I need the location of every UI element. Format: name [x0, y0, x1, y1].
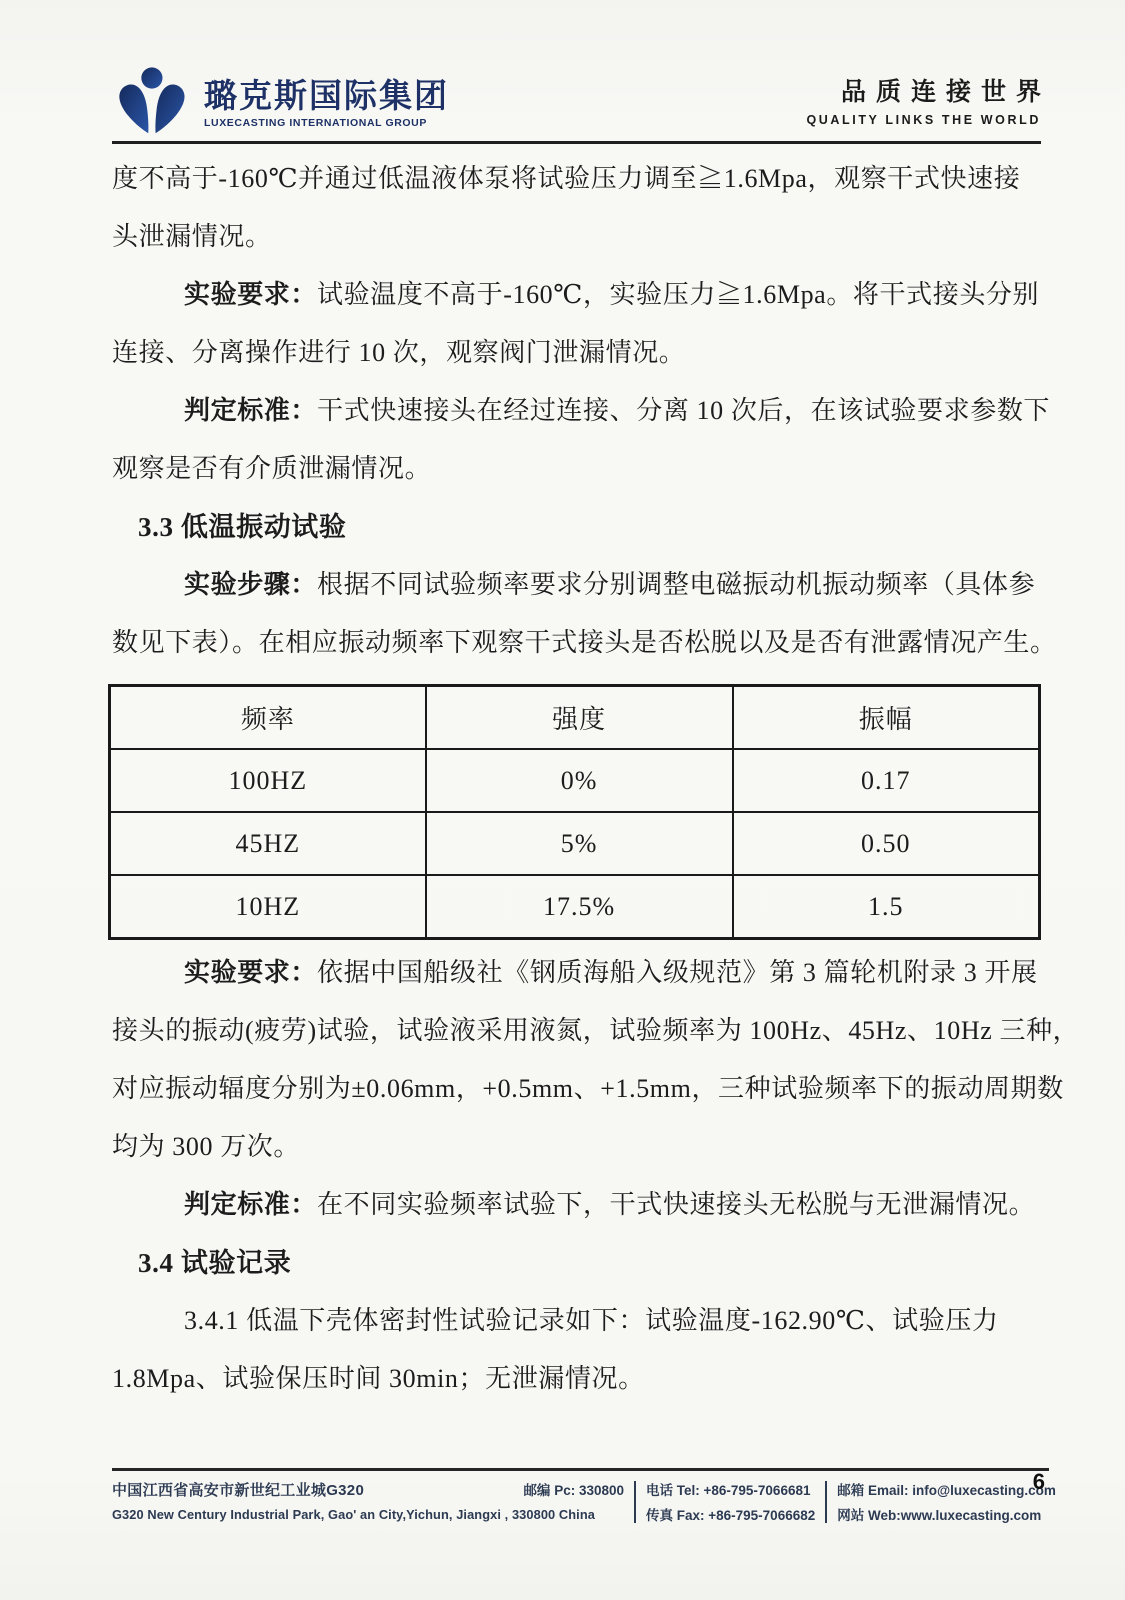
table-cell: 10HZ: [110, 875, 426, 939]
tagline-en: QUALITY LINKS THE WORLD: [806, 113, 1041, 127]
table-row: 10HZ17.5%1.5: [110, 875, 1040, 939]
bold-lead-label: 判定标准：: [184, 396, 317, 425]
header-divider: [112, 141, 1041, 144]
document-line: 判定标准：干式快速接头在经过连接、分离 10 次后，在该试验要求参数下: [112, 382, 1041, 440]
footer-address-cn: 中国江西省高安市新世纪工业城G320: [112, 1478, 364, 1503]
company-name-cn: 璐克斯国际集团: [204, 78, 449, 114]
page-number: 6: [1033, 1469, 1045, 1495]
table-cell: 100HZ: [110, 749, 426, 812]
document-line: 3.4.1 低温下壳体密封性试验记录如下：试验温度-162.90℃、试验压力: [112, 1292, 1041, 1350]
luxecasting-logo-icon: [112, 66, 190, 141]
document-line: 度不高于-160℃并通过低温液体泵将试验压力调至≧1.6Mpa，观察干式快速接: [112, 150, 1041, 208]
company-tagline: 品质连接世界 QUALITY LINKS THE WORLD: [806, 78, 1041, 127]
document-line: 数见下表）。在相应振动频率下观察干式接头是否松脱以及是否有泄露情况产生。: [112, 614, 1041, 672]
document-line: 头泄漏情况。: [112, 208, 1041, 266]
footer-postcode: 邮编 Pc: 330800: [523, 1478, 624, 1503]
footer-tel: 电话 Tel: +86-795-7066681: [646, 1478, 815, 1503]
bold-lead-label: 实验要求：: [184, 280, 317, 309]
footer-divider: [112, 1468, 1049, 1471]
document-body: 度不高于-160℃并通过低温液体泵将试验压力调至≧1.6Mpa，观察干式快速接头…: [112, 150, 1041, 1408]
document-line: 判定标准：在不同实验频率试验下，干式快速接头无松脱与无泄漏情况。: [112, 1176, 1041, 1234]
table-header-cell: 振幅: [733, 686, 1040, 750]
section-heading: 3.4 试验记录: [112, 1234, 1041, 1292]
table-header-cell: 频率: [110, 686, 426, 750]
footer-phone-block: 电话 Tel: +86-795-7066681 传真 Fax: +86-795-…: [646, 1478, 815, 1528]
table-cell: 0%: [426, 749, 733, 812]
table-cell: 0.17: [733, 749, 1040, 812]
document-line: 对应振动辐度分别为±0.06mm，+0.5mm、+1.5mm，三种试验频率下的振…: [112, 1060, 1041, 1118]
table-cell: 0.50: [733, 812, 1040, 875]
footer-separator: [825, 1481, 827, 1523]
document-line: 连接、分离操作进行 10 次，观察阀门泄漏情况。: [112, 324, 1041, 382]
section-heading: 3.3 低温振动试验: [112, 498, 1041, 556]
document-line: 实验步骤：根据不同试验频率要求分别调整电磁振动机振动频率（具体参: [112, 556, 1041, 614]
paragraphs-before-table: 度不高于-160℃并通过低温液体泵将试验压力调至≧1.6Mpa，观察干式快速接头…: [112, 150, 1041, 672]
document-line: 1.8Mpa、试验保压时间 30min；无泄漏情况。: [112, 1350, 1041, 1408]
vibration-spec-table: 频率强度振幅100HZ0%0.1745HZ5%0.5010HZ17.5%1.5: [108, 684, 1041, 940]
document-line: 实验要求：依据中国船级社《钢质海船入级规范》第 3 篇轮机附录 3 开展: [112, 944, 1041, 1002]
page-header: 璐克斯国际集团 LUXECASTING INTERNATIONAL GROUP …: [112, 66, 1041, 141]
footer-separator: [634, 1481, 636, 1523]
table-cell: 1.5: [733, 875, 1040, 939]
paragraphs-after-table: 实验要求：依据中国船级社《钢质海船入级规范》第 3 篇轮机附录 3 开展接头的振…: [112, 944, 1041, 1408]
company-logo: 璐克斯国际集团 LUXECASTING INTERNATIONAL GROUP: [112, 66, 449, 141]
bold-lead-label: 实验要求：: [184, 958, 317, 987]
table-row: 100HZ0%0.17: [110, 749, 1040, 812]
footer-web: 网站 Web:www.luxecasting.com: [837, 1503, 1056, 1528]
document-line: 观察是否有介质泄漏情况。: [112, 440, 1041, 498]
bold-lead-label: 实验步骤：: [184, 570, 317, 599]
table-header-cell: 强度: [426, 686, 733, 750]
page-footer: 中国江西省高安市新世纪工业城G320 邮编 Pc: 330800 G320 Ne…: [112, 1478, 1045, 1528]
footer-address-en: G320 New Century Industrial Park, Gao' a…: [112, 1503, 624, 1527]
table-cell: 17.5%: [426, 875, 733, 939]
table-header-row: 频率强度振幅: [110, 686, 1040, 750]
table-row: 45HZ5%0.50: [110, 812, 1040, 875]
tagline-cn: 品质连接世界: [806, 78, 1051, 106]
document-line: 接头的振动(疲劳)试验，试验液采用液氮，试验频率为 100Hz、45Hz、10H…: [112, 1002, 1041, 1060]
document-line: 实验要求：试验温度不高于-160℃，实验压力≧1.6Mpa。将干式接头分别: [112, 266, 1041, 324]
document-line: 均为 300 万次。: [112, 1118, 1041, 1176]
table-cell: 45HZ: [110, 812, 426, 875]
footer-email: 邮箱 Email: info@luxecasting.com: [837, 1478, 1056, 1503]
company-name-en: LUXECASTING INTERNATIONAL GROUP: [204, 117, 449, 129]
footer-fax: 传真 Fax: +86-795-7066682: [646, 1503, 815, 1528]
footer-address-block: 中国江西省高安市新世纪工业城G320 邮编 Pc: 330800 G320 Ne…: [112, 1478, 624, 1527]
bold-lead-label: 判定标准：: [184, 1190, 317, 1219]
footer-web-block: 邮箱 Email: info@luxecasting.com 网站 Web:ww…: [837, 1478, 1056, 1528]
table-cell: 5%: [426, 812, 733, 875]
